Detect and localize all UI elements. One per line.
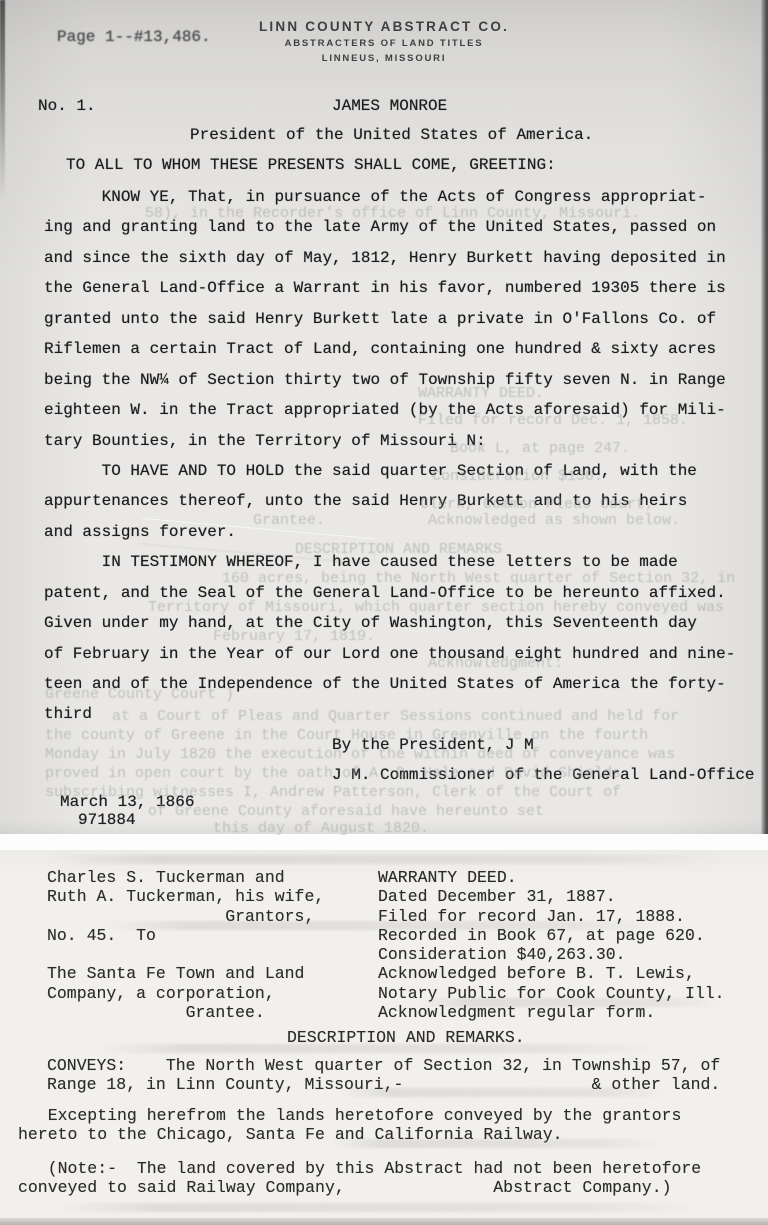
- bleedthrough-line: Consideration $130.: [432, 468, 603, 485]
- bleedthrough-line: Clerk, Common Pleas Court,: [420, 496, 654, 513]
- typed-line: Charles S. Tuckerman and: [47, 868, 324, 887]
- typed-line: CONVEYS: The North West quarter of Secti…: [47, 1056, 720, 1075]
- bleedthrough-smudge: [105, 921, 670, 930]
- document-title: JAMES MONROE: [332, 97, 447, 115]
- typed-line: tary Bounties, in the Territory of Misso…: [44, 426, 755, 456]
- bleedthrough-line: Book L, at page 247.: [450, 440, 630, 457]
- bleedthrough-smudge: [100, 1044, 660, 1053]
- bleedthrough-line: Grantee.: [253, 512, 325, 529]
- typed-line: granted unto the said Henry Burkett late…: [44, 304, 755, 334]
- typed-line: Acknowledged before B. T. Lewis,: [378, 964, 725, 983]
- typed-line: Ruth A. Tuckerman, his wife,: [47, 887, 324, 906]
- bleedthrough-line: this day of August 1820.: [213, 820, 429, 837]
- bleedthrough-line: WARRANTY DEED.: [418, 385, 544, 402]
- bleedthrough-line: subscribing witnesses I, Andrew Patterso…: [45, 784, 621, 801]
- bleedthrough-line: February 17, 1819.: [213, 628, 375, 645]
- document-subtitle: President of the United States of Americ…: [190, 126, 593, 144]
- bleedthrough-line: Monday in July 1820 the execution of the…: [45, 746, 675, 763]
- typed-line: Grantee.: [47, 1003, 324, 1022]
- typed-line: The Santa Fe Town and Land: [47, 964, 324, 983]
- bleedthrough-line: of Greene County aforesaid have hereunto…: [148, 803, 544, 820]
- typed-line: Dated December 31, 1887.: [378, 887, 725, 906]
- bleedthrough-smudge: [420, 998, 720, 1007]
- note-paragraph: (Note:- The land covered by this Abstrac…: [18, 1159, 701, 1198]
- bleedthrough-line: 58), in the Recorder's office of Linn Co…: [145, 205, 640, 222]
- bleedthrough-line: Acknowledgment:: [428, 655, 563, 672]
- bleedthrough-line: DESCRIPTION AND REMARKS: [295, 541, 502, 558]
- bleedthrough-smudge: [60, 1203, 700, 1212]
- typed-line: TO HAVE AND TO HOLD the said quarter Sec…: [44, 456, 755, 486]
- entry-number: No. 1.: [38, 97, 96, 115]
- typed-line: being the NW¼ of Section thirty two of T…: [44, 365, 755, 395]
- letterhead-location: LINNEUS, MISSOURI: [0, 53, 768, 64]
- scan-right-edge-shadow: [761, 0, 768, 834]
- bleedthrough-line: 160 acres, being the North West quarter …: [222, 570, 735, 587]
- typed-line: [47, 945, 324, 964]
- typed-line: Company, a corporation,: [47, 984, 324, 1003]
- bleedthrough-smudge: [330, 1139, 660, 1148]
- bleedthrough-line: at a Court of Pleas and Quarter Sessions…: [112, 708, 679, 725]
- bleedthrough-smudge: [50, 855, 720, 864]
- scanned-abstract-page: LINN COUNTY ABSTRACT CO. ABSTRACTERS OF …: [0, 0, 768, 1225]
- typed-line: conveyed to said Railway Company, Abstra…: [18, 1178, 701, 1197]
- bleedthrough-line: the county of Greene in the Court House …: [45, 727, 648, 744]
- bottom-scan-edge: [0, 1218, 768, 1225]
- typed-line: WARRANTY DEED.: [378, 868, 725, 887]
- bleedthrough-line: Territory of Missouri, which quarter sec…: [148, 599, 724, 616]
- bleedthrough-line: Greene County Court ): [45, 686, 234, 703]
- serial-number: 971884: [78, 811, 136, 829]
- typed-line: Riflemen a certain Tract of Land, contai…: [44, 334, 755, 364]
- page-reference: Page 1--#13,486.: [57, 28, 211, 46]
- typed-line: the General Land-Office a Warrant in his…: [44, 273, 755, 303]
- typed-line: Consideration $40,263.30.: [378, 945, 725, 964]
- bleedthrough-line: Acknowledged as shown below.: [428, 512, 680, 529]
- typed-line: of February in the Year of our Lord one …: [44, 639, 755, 669]
- bleedthrough-smudge: [340, 1088, 670, 1097]
- typed-line: and since the sixth day of May, 1812, He…: [44, 243, 755, 273]
- bleedthrough-line: proved in open court by the oath of A. D…: [45, 765, 621, 782]
- salutation-line: TO ALL TO WHOM THESE PRESENTS SHALL COME…: [66, 156, 556, 174]
- typed-line: (Note:- The land covered by this Abstrac…: [18, 1159, 701, 1178]
- typed-line: Excepting herefrom the lands heretofore …: [18, 1106, 681, 1125]
- bleedthrough-line: Filed for record Dec. 1, 1858.: [418, 412, 688, 429]
- grantor-column: Charles S. Tuckerman andRuth A. Tuckerma…: [47, 868, 324, 1022]
